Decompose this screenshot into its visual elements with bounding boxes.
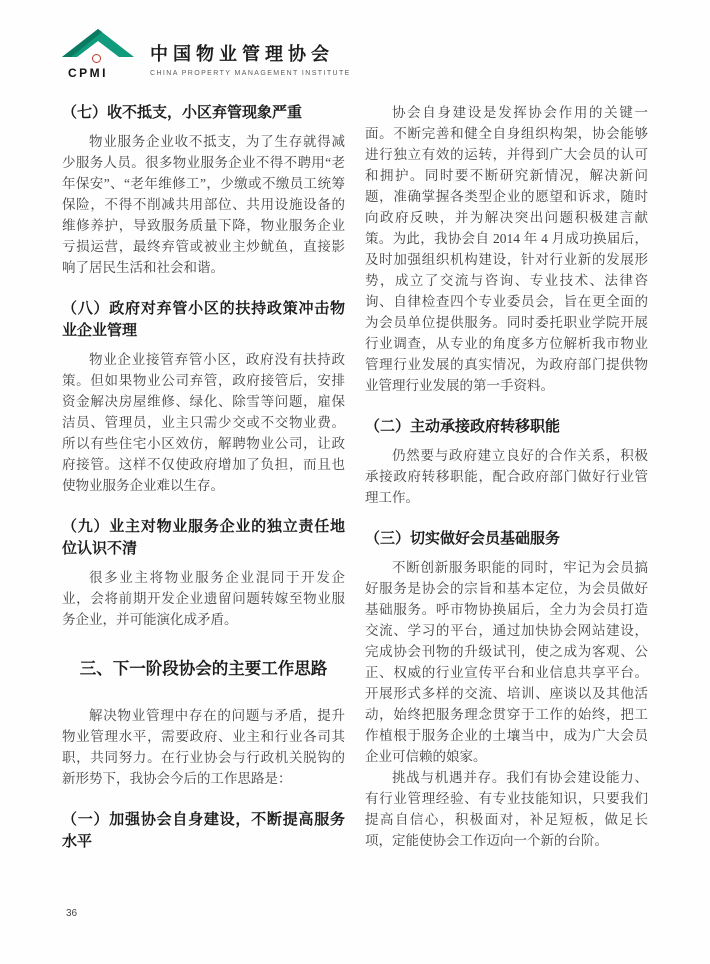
paragraph-section-7: 物业服务企业收不抵支，为了生存就得减少服务人员。很多物业服务企业不得不聘用“老年… bbox=[62, 131, 345, 278]
seal-icon bbox=[92, 54, 101, 63]
org-names: 中国物业管理协会 CHINA PROPERTY MANAGEMENT INSTI… bbox=[150, 28, 351, 77]
logo-acronym: CPMI bbox=[68, 66, 108, 80]
heading-section-8: （八）政府对弃管小区的扶持政策冲击物业企业管理 bbox=[62, 298, 345, 342]
heading-section-9: （九）业主对物业服务企业的独立责任地位认识不清 bbox=[62, 516, 345, 560]
paragraph-section-9: 很多业主将物业服务企业混同于开发企业，会将前期开发企业遗留问题转嫁至物业服务企业… bbox=[62, 567, 345, 630]
left-column: （七）收不抵支，小区弃管现象严重 物业服务企业收不抵支，为了生存就得减少服务人员… bbox=[62, 102, 345, 860]
org-name-en: CHINA PROPERTY MANAGEMENT INSTITUTE bbox=[150, 70, 351, 77]
paragraph-part-3-intro: 解决物业管理中存在的问题与矛盾，提升物业管理水平，需要政府、业主和行业各司其职，… bbox=[62, 705, 345, 789]
paragraph-section-8: 物业企业接管弃管小区，政府没有扶持政策。但如果物业公司弃管，政府接管后，安排资金… bbox=[62, 349, 345, 496]
paragraph-work-item-1: 协会自身建设是发挥协会作用的关键一面。不断完善和健全自身组织构架，协会能够进行独… bbox=[365, 102, 648, 396]
document-page: CPMI 中国物业管理协会 CHINA PROPERTY MANAGEMENT … bbox=[0, 0, 710, 964]
heading-work-item-1: （一）加强协会自身建设，不断提高服务水平 bbox=[62, 809, 345, 853]
heading-section-7: （七）收不抵支，小区弃管现象严重 bbox=[62, 102, 345, 124]
org-name-cn: 中国物业管理协会 bbox=[150, 40, 351, 66]
letterhead: CPMI 中国物业管理协会 CHINA PROPERTY MANAGEMENT … bbox=[62, 28, 351, 80]
paragraph-work-item-3: 不断创新服务职能的同时，牢记为会员搞好服务是协会的宗旨和基本定位，为会员做好基础… bbox=[365, 557, 648, 767]
paragraph-work-item-2: 仍然要与政府建立良好的合作关系，积极承接政府转移职能，配合政府部门做好行业管理工… bbox=[365, 445, 648, 508]
cpmi-logo: CPMI bbox=[62, 28, 134, 80]
heading-work-item-2: （二）主动承接政府转移职能 bbox=[365, 416, 648, 438]
two-column-body: （七）收不抵支，小区弃管现象严重 物业服务企业收不抵支，为了生存就得减少服务人员… bbox=[62, 102, 648, 860]
heading-work-item-3: （三）切实做好会员基础服务 bbox=[365, 528, 648, 550]
right-column: 协会自身建设是发挥协会作用的关键一面。不断完善和健全自身组织构架，协会能够进行独… bbox=[365, 102, 648, 860]
page-number: 36 bbox=[66, 908, 77, 919]
paragraph-closing: 挑战与机遇并存。我们有协会建设能力、有行业管理经验、有专业技能知识，只要我们提高… bbox=[365, 767, 648, 851]
part-3-title: 三、下一阶段协会的主要工作思路 bbox=[62, 657, 345, 681]
